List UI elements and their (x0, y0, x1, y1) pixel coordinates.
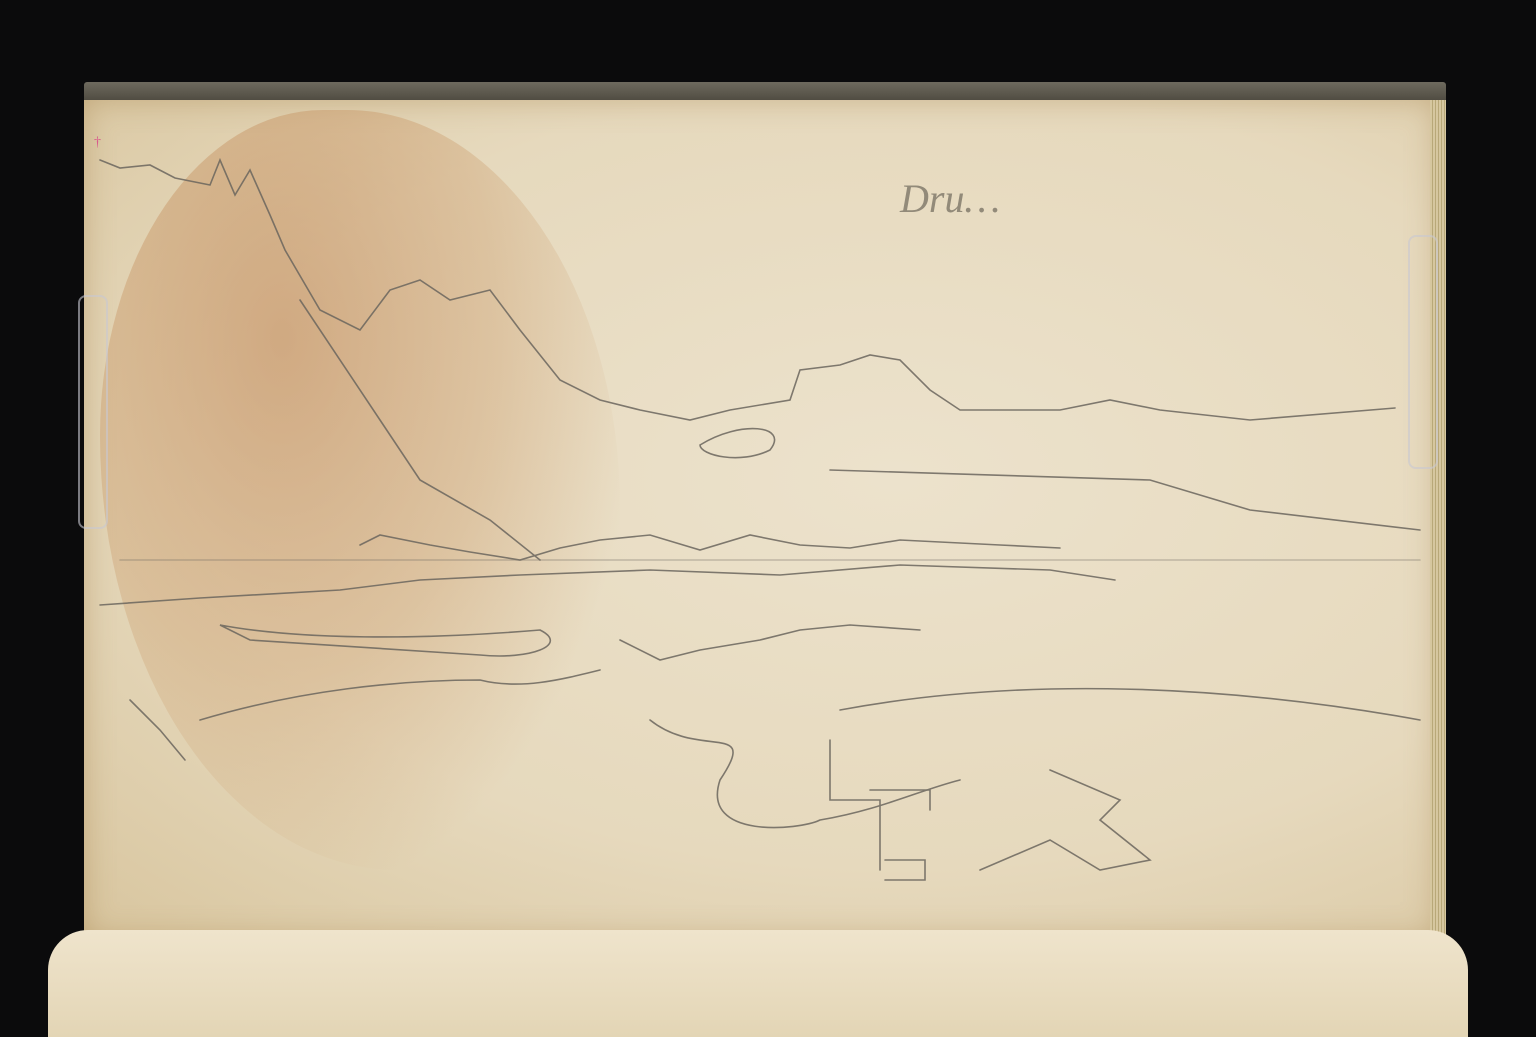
lower-page (48, 930, 1468, 1037)
corner-mark: † (94, 135, 101, 151)
handwritten-inscription: Dru… (900, 175, 1000, 222)
pencil-sketch (84, 100, 1436, 938)
